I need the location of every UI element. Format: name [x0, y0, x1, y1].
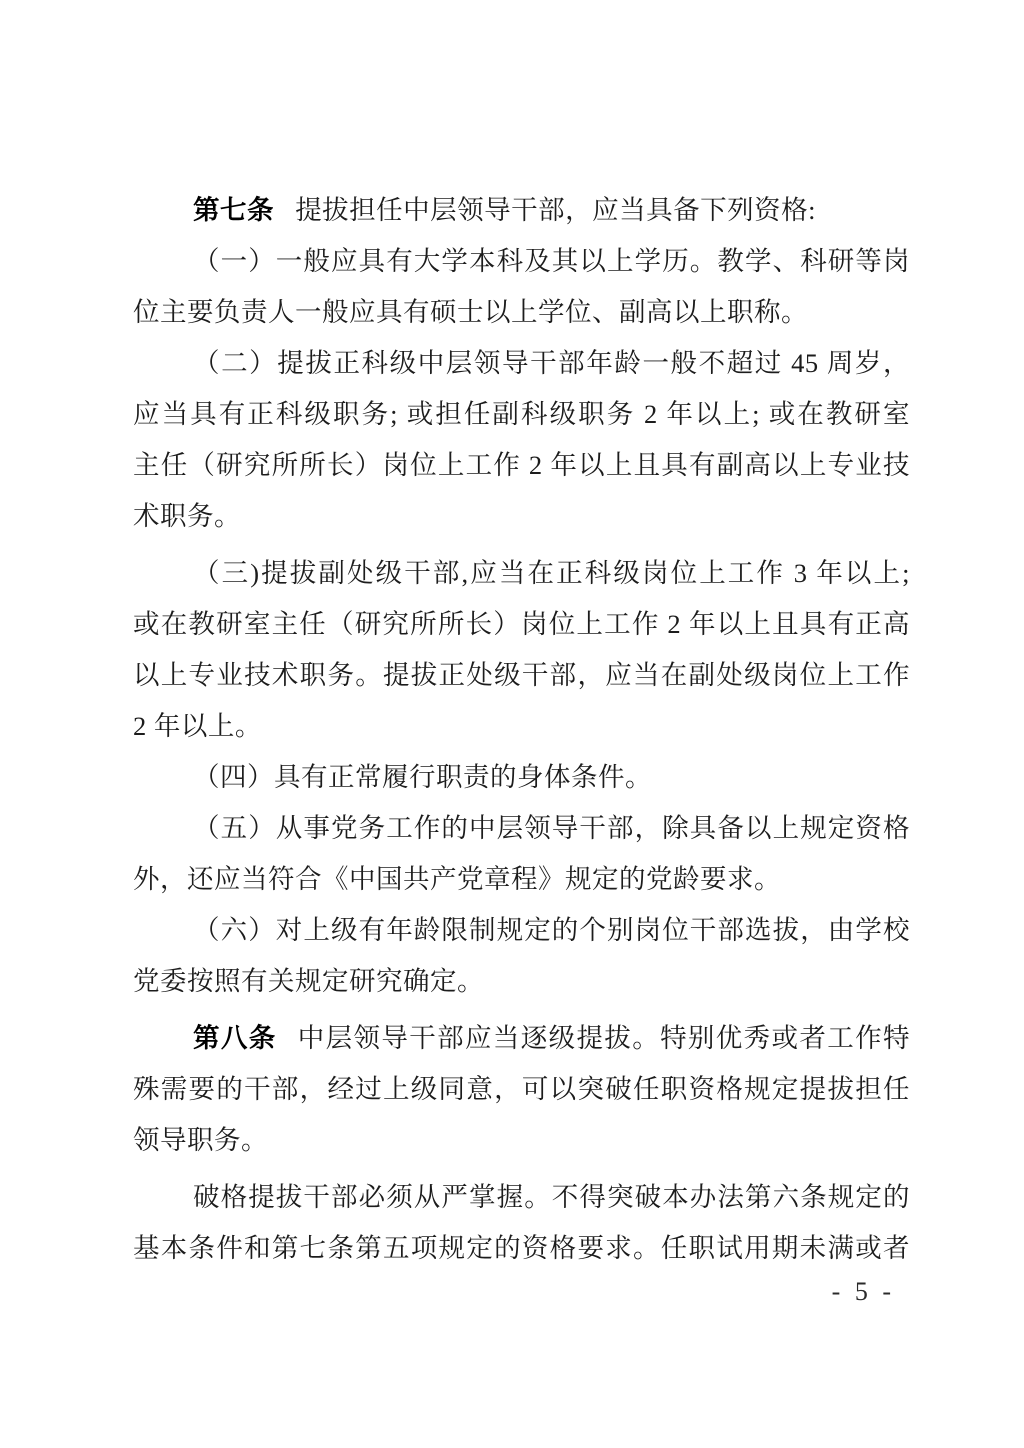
text-line: 术职务。: [133, 491, 910, 542]
text-line: 领导职务。: [133, 1115, 910, 1166]
article-8-term: 第八条: [193, 1023, 277, 1053]
text-line-content: 术职务。: [133, 501, 241, 531]
text-line: （二）提拔正科级中层领导干部年龄一般不超过 45 周岁，: [133, 338, 910, 389]
text-line: 位主要负责人一般应具有硕士以上学位、副高以上职称。: [133, 287, 910, 338]
text-line: 党委按照有关规定研究确定。: [133, 956, 910, 1007]
text-line: （四）具有正常履行职责的身体条件。: [133, 752, 910, 803]
text-line-content: 基本条件和第七条第五项规定的资格要求。任职试用期未满或者: [133, 1233, 910, 1263]
text-line-content: （五）从事党务工作的中层领导干部，除具备以上规定资格: [193, 813, 910, 843]
text-line: 殊需要的干部，经过上级同意，可以突破任职资格规定提拔担任: [133, 1064, 910, 1115]
text-line: 外，还应当符合《中国共产党章程》规定的党龄要求。: [133, 854, 910, 905]
text-line-content: （三)提拔副处级干部,应当在正科级岗位上工作 3 年以上;: [193, 558, 910, 588]
page-number: - 5 -: [832, 1274, 895, 1310]
text-line: 主任（研究所所长）岗位上工作 2 年以上且具有副高以上专业技: [133, 440, 910, 491]
text-line: 或在教研室主任（研究所所长）岗位上工作 2 年以上且具有正高: [133, 599, 910, 650]
text-line: （一）一般应具有大学本科及其以上学历。教学、科研等岗: [133, 236, 910, 287]
text-line-content: 殊需要的干部，经过上级同意，可以突破任职资格规定提拔担任: [133, 1074, 910, 1104]
text-line-content: （四）具有正常履行职责的身体条件。: [193, 762, 652, 792]
text-line: 破格提拔干部必须从严掌握。不得突破本办法第六条规定的: [133, 1172, 910, 1223]
text-line-article-8: 第八条中层领导干部应当逐级提拔。特别优秀或者工作特: [133, 1013, 910, 1064]
text-line-content: 位主要负责人一般应具有硕士以上学位、副高以上职称。: [133, 297, 808, 327]
text-line-content: （六）对上级有年龄限制规定的个别岗位干部选拔，由学校: [193, 915, 910, 945]
text-line: 应当具有正科级职务; 或担任副科级职务 2 年以上; 或在教研室: [133, 389, 910, 440]
text-line: 以上专业技术职务。提拔正处级干部，应当在副处级岗位上工作: [133, 650, 910, 701]
text-line: （三)提拔副处级干部,应当在正科级岗位上工作 3 年以上;: [133, 548, 910, 599]
text-line-content: 应当具有正科级职务; 或担任副科级职务 2 年以上; 或在教研室: [133, 399, 910, 429]
document-body: 第七条提拔担任中层领导干部，应当具备下列资格: （一）一般应具有大学本科及其以上…: [133, 185, 910, 1274]
text-line-content: 以上专业技术职务。提拔正处级干部，应当在副处级岗位上工作: [133, 660, 910, 690]
document-page: 第七条提拔担任中层领导干部，应当具备下列资格: （一）一般应具有大学本科及其以上…: [0, 0, 1024, 1448]
text-line-content: 破格提拔干部必须从严掌握。不得突破本办法第六条规定的: [193, 1182, 910, 1212]
text-line-content: 提拔担任中层领导干部，应当具备下列资格:: [295, 195, 816, 225]
article-7-term: 第七条: [193, 195, 274, 225]
text-line-content: （二）提拔正科级中层领导干部年龄一般不超过 45 周岁，: [193, 348, 910, 378]
text-line: （六）对上级有年龄限制规定的个别岗位干部选拔，由学校: [133, 905, 910, 956]
text-line-content: 主任（研究所所长）岗位上工作 2 年以上且具有副高以上专业技: [133, 450, 910, 480]
text-line-content: 外，还应当符合《中国共产党章程》规定的党龄要求。: [133, 864, 781, 894]
text-line-content: 2 年以上。: [133, 711, 262, 741]
text-line: 基本条件和第七条第五项规定的资格要求。任职试用期未满或者: [133, 1223, 910, 1274]
text-line: 2 年以上。: [133, 701, 910, 752]
text-line-content: 中层领导干部应当逐级提拔。特别优秀或者工作特: [298, 1023, 910, 1053]
text-line-article-7: 第七条提拔担任中层领导干部，应当具备下列资格:: [133, 185, 910, 236]
text-line-content: 党委按照有关规定研究确定。: [133, 966, 484, 996]
text-line-content: 或在教研室主任（研究所所长）岗位上工作 2 年以上且具有正高: [133, 609, 910, 639]
text-line-content: （一）一般应具有大学本科及其以上学历。教学、科研等岗: [193, 246, 910, 276]
text-line-content: 领导职务。: [133, 1125, 268, 1155]
text-line: （五）从事党务工作的中层领导干部，除具备以上规定资格: [133, 803, 910, 854]
